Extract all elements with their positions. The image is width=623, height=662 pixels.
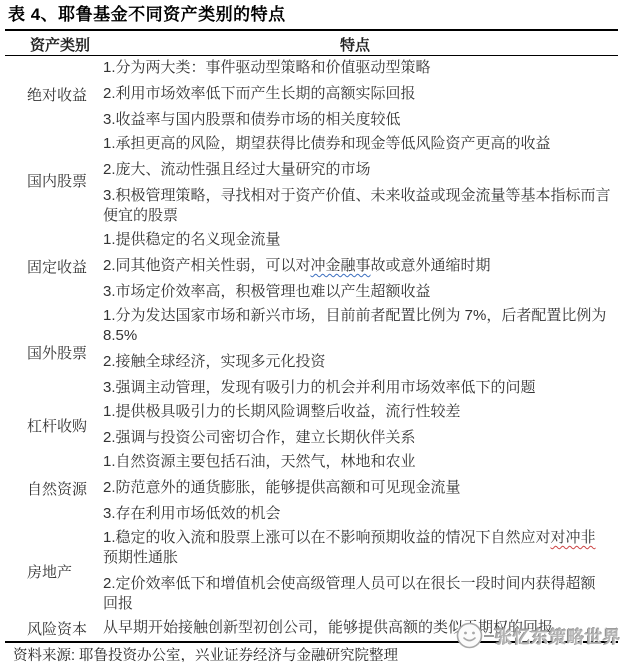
feature-line: 回报 <box>103 594 619 614</box>
source-note: 资料来源: 耶鲁投资办公室，兴业证券经济与金融研究院整理 <box>0 643 623 662</box>
feature-item: 1.提供稳定的名义现金流量 <box>103 230 619 250</box>
feature-item: 2.防范意外的通货膨胀，能够提供高额和可见现金流量 <box>103 478 619 498</box>
column-header-asset-category: 资产类别 <box>30 34 90 55</box>
feature-item: 1.分为两大类：事件驱动型策略和价值驱动型策略 <box>103 58 619 78</box>
asset-category-label: 国外股票 <box>0 306 103 398</box>
feature-item: 1.提供极具吸引力的长期风险调整后收益，流行性较差 <box>103 402 619 422</box>
asset-category-label: 自然资源 <box>0 452 103 524</box>
feature-text: 1.提供稳定的名义现金流量 <box>103 231 281 248</box>
table-title: 表 4、耶鲁基金不同资产类别的特点 <box>0 0 623 29</box>
feature-text: 3.强调主动管理，发现有吸引力的机会并利用市场效率低下的问题 <box>103 379 536 396</box>
feature-item: 1.稳定的收入流和股票上涨可以在不影响预期收益的情况下自然应对对冲非预期性通胀 <box>103 528 619 568</box>
spellcheck-squiggle-red: 对冲非 <box>551 529 596 546</box>
feature-line: 1.分为两大类：事件驱动型策略和价值驱动型策略 <box>103 58 619 78</box>
asset-category-label: 固定收益 <box>0 230 103 302</box>
feature-list: 1.分为两大类：事件驱动型策略和价值驱动型策略2.利用市场效率低下而产生长期的高… <box>103 58 623 130</box>
feature-text: 2.定价效率低下和增值机会使高级管理人员可以在很长一段时间内获得超额 <box>103 575 596 592</box>
feature-line: 3.积极管理策略，寻找相对于资产价值、未来收益或现金流量等基本指标而言 <box>103 186 619 206</box>
feature-line: 3.强调主动管理，发现有吸引力的机会并利用市场效率低下的问题 <box>103 378 619 398</box>
feature-text: 2.庞大、流动性强且经过大量研究的市场 <box>103 161 371 178</box>
feature-list: 1.分为发达国家市场和新兴市场，目前前者配置比例为 7%，后者配置比例为8.5%… <box>103 306 623 398</box>
column-header-features: 特点 <box>340 34 370 55</box>
table-row: 杠杆收购1.提供极具吸引力的长期风险调整后收益，流行性较差2.强调与投资公司密切… <box>0 400 623 450</box>
asset-category-label: 杠杆收购 <box>0 402 103 448</box>
feature-text: 2.防范意外的通货膨胀，能够提供高额和可见现金流量 <box>103 479 461 496</box>
asset-category-label: 国内股票 <box>0 134 103 226</box>
feature-line: 1.提供极具吸引力的长期风险调整后收益，流行性较差 <box>103 402 619 422</box>
feature-line: 1.自然资源主要包括石油，天然气，林地和农业 <box>103 452 619 472</box>
feature-text: 2.强调与投资公司密切合作，建立长期伙伴关系 <box>103 429 416 446</box>
feature-item: 2.利用市场效率低下而产生长期的高额实际回报 <box>103 84 619 104</box>
spellcheck-squiggle-blue: 冲金融事 <box>311 257 371 274</box>
feature-line: 2.利用市场效率低下而产生长期的高额实际回报 <box>103 84 619 104</box>
feature-line: 预期性通胀 <box>103 548 619 568</box>
feature-item: 3.强调主动管理，发现有吸引力的机会并利用市场效率低下的问题 <box>103 378 619 398</box>
feature-line: 3.收益率与国内股票和债券市场的相关度较低 <box>103 110 619 130</box>
feature-text: 1.分为发达国家市场和新兴市场，目前前者配置比例为 7%，后者配置比例为 <box>103 307 606 324</box>
feature-line: 8.5% <box>103 326 619 346</box>
table-row: 房地产1.稳定的收入流和股票上涨可以在不影响预期收益的情况下自然应对对冲非预期性… <box>0 526 623 616</box>
feature-item: 2.接触全球经济，实现多元化投资 <box>103 352 619 372</box>
table-row: 国内股票1.承担更高的风险，期望获得比债券和现金等低风险资产更高的收益2.庞大、… <box>0 132 623 228</box>
feature-line: 3.存在利用市场低效的机会 <box>103 504 619 524</box>
feature-line: 便宜的股票 <box>103 206 619 226</box>
feature-list: 1.提供稳定的名义现金流量2.同其他资产相关性弱，可以对冲金融事故或意外通缩时期… <box>103 230 623 302</box>
feature-text: 1.自然资源主要包括石油，天然气，林地和农业 <box>103 453 416 470</box>
feature-item: 1.分为发达国家市场和新兴市场，目前前者配置比例为 7%，后者配置比例为8.5% <box>103 306 619 346</box>
feature-text: 2.同其他资产相关性弱，可以对 <box>103 257 311 274</box>
table-row: 绝对收益1.分为两大类：事件驱动型策略和价值驱动型策略2.利用市场效率低下而产生… <box>0 56 623 132</box>
feature-line: 2.定价效率低下和增值机会使高级管理人员可以在很长一段时间内获得超额 <box>103 574 619 594</box>
feature-text: 3.积极管理策略，寻找相对于资产价值、未来收益或现金流量等基本指标而言 <box>103 187 611 204</box>
feature-text: 从早期开始接触创新型初创公司，能够提供高额的类似于期权的回报 <box>103 619 553 636</box>
feature-text: 预期性通胀 <box>103 549 178 566</box>
feature-line: 2.接触全球经济，实现多元化投资 <box>103 352 619 372</box>
feature-text: 1.分为两大类：事件驱动型策略和价值驱动型策略 <box>103 59 431 76</box>
feature-text: 1.承担更高的风险，期望获得比债券和现金等低风险资产更高的收益 <box>103 135 551 152</box>
feature-text: 2.接触全球经济，实现多元化投资 <box>103 353 326 370</box>
feature-line: 1.稳定的收入流和股票上涨可以在不影响预期收益的情况下自然应对对冲非 <box>103 528 619 548</box>
feature-item: 3.存在利用市场低效的机会 <box>103 504 619 524</box>
feature-line: 2.同其他资产相关性弱，可以对冲金融事故或意外通缩时期 <box>103 256 619 276</box>
feature-item: 2.同其他资产相关性弱，可以对冲金融事故或意外通缩时期 <box>103 256 619 276</box>
feature-text: 3.收益率与国内股票和债券市场的相关度较低 <box>103 111 401 128</box>
feature-item: 3.市场定价效率高，积极管理也难以产生超额收益 <box>103 282 619 302</box>
feature-text: 故或意外通缩时期 <box>371 257 491 274</box>
feature-text: 8.5% <box>103 327 137 344</box>
asset-category-label: 风险资本 <box>0 618 103 639</box>
feature-line: 1.分为发达国家市场和新兴市场，目前前者配置比例为 7%，后者配置比例为 <box>103 306 619 326</box>
feature-text: 1.提供极具吸引力的长期风险调整后收益，流行性较差 <box>103 403 461 420</box>
feature-line: 1.提供稳定的名义现金流量 <box>103 230 619 250</box>
feature-line: 2.强调与投资公司密切合作，建立长期伙伴关系 <box>103 428 619 448</box>
feature-list: 从早期开始接触创新型初创公司，能够提供高额的类似于期权的回报 <box>103 618 623 639</box>
table-row: 固定收益1.提供稳定的名义现金流量2.同其他资产相关性弱，可以对冲金融事故或意外… <box>0 228 623 304</box>
feature-line: 1.承担更高的风险，期望获得比债券和现金等低风险资产更高的收益 <box>103 134 619 154</box>
feature-item: 3.收益率与国内股票和债券市场的相关度较低 <box>103 110 619 130</box>
feature-text: 回报 <box>103 595 133 612</box>
table-row: 国外股票1.分为发达国家市场和新兴市场，目前前者配置比例为 7%，后者配置比例为… <box>0 304 623 400</box>
asset-category-label: 房地产 <box>0 528 103 614</box>
feature-item: 2.庞大、流动性强且经过大量研究的市场 <box>103 160 619 180</box>
feature-line: 从早期开始接触创新型初创公司，能够提供高额的类似于期权的回报 <box>103 618 619 638</box>
feature-line: 3.市场定价效率高，积极管理也难以产生超额收益 <box>103 282 619 302</box>
feature-item: 1.自然资源主要包括石油，天然气，林地和农业 <box>103 452 619 472</box>
feature-item: 3.积极管理策略，寻找相对于资产价值、未来收益或现金流量等基本指标而言便宜的股票 <box>103 186 619 226</box>
feature-text: 3.存在利用市场低效的机会 <box>103 505 281 522</box>
feature-text: 3.市场定价效率高，积极管理也难以产生超额收益 <box>103 283 431 300</box>
feature-list: 1.提供极具吸引力的长期风险调整后收益，流行性较差2.强调与投资公司密切合作，建… <box>103 402 623 448</box>
feature-list: 1.承担更高的风险，期望获得比债券和现金等低风险资产更高的收益2.庞大、流动性强… <box>103 134 623 226</box>
feature-text: 便宜的股票 <box>103 207 178 224</box>
feature-item: 2.强调与投资公司密切合作，建立长期伙伴关系 <box>103 428 619 448</box>
table-body: 绝对收益1.分为两大类：事件驱动型策略和价值驱动型策略2.利用市场效率低下而产生… <box>0 56 623 641</box>
feature-list: 1.稳定的收入流和股票上涨可以在不影响预期收益的情况下自然应对对冲非预期性通胀2… <box>103 528 623 614</box>
table-row: 风险资本从早期开始接触创新型初创公司，能够提供高额的类似于期权的回报 <box>0 616 623 641</box>
asset-category-label: 绝对收益 <box>0 58 103 130</box>
report-table-page: 表 4、耶鲁基金不同资产类别的特点 资产类别 特点 绝对收益1.分为两大类：事件… <box>0 0 623 662</box>
feature-text: 2.利用市场效率低下而产生长期的高额实际回报 <box>103 85 416 102</box>
feature-line: 2.防范意外的通货膨胀，能够提供高额和可见现金流量 <box>103 478 619 498</box>
feature-line: 2.庞大、流动性强且经过大量研究的市场 <box>103 160 619 180</box>
feature-item: 从早期开始接触创新型初创公司，能够提供高额的类似于期权的回报 <box>103 618 619 638</box>
feature-item: 2.定价效率低下和增值机会使高级管理人员可以在很长一段时间内获得超额回报 <box>103 574 619 614</box>
feature-text: 1.稳定的收入流和股票上涨可以在不影响预期收益的情况下自然应对 <box>103 529 551 546</box>
feature-item: 1.承担更高的风险，期望获得比债券和现金等低风险资产更高的收益 <box>103 134 619 154</box>
table-row: 自然资源1.自然资源主要包括石油，天然气，林地和农业2.防范意外的通货膨胀，能够… <box>0 450 623 526</box>
feature-list: 1.自然资源主要包括石油，天然气，林地和农业2.防范意外的通货膨胀，能够提供高额… <box>103 452 623 524</box>
table-header-row: 资产类别 特点 <box>0 31 623 55</box>
